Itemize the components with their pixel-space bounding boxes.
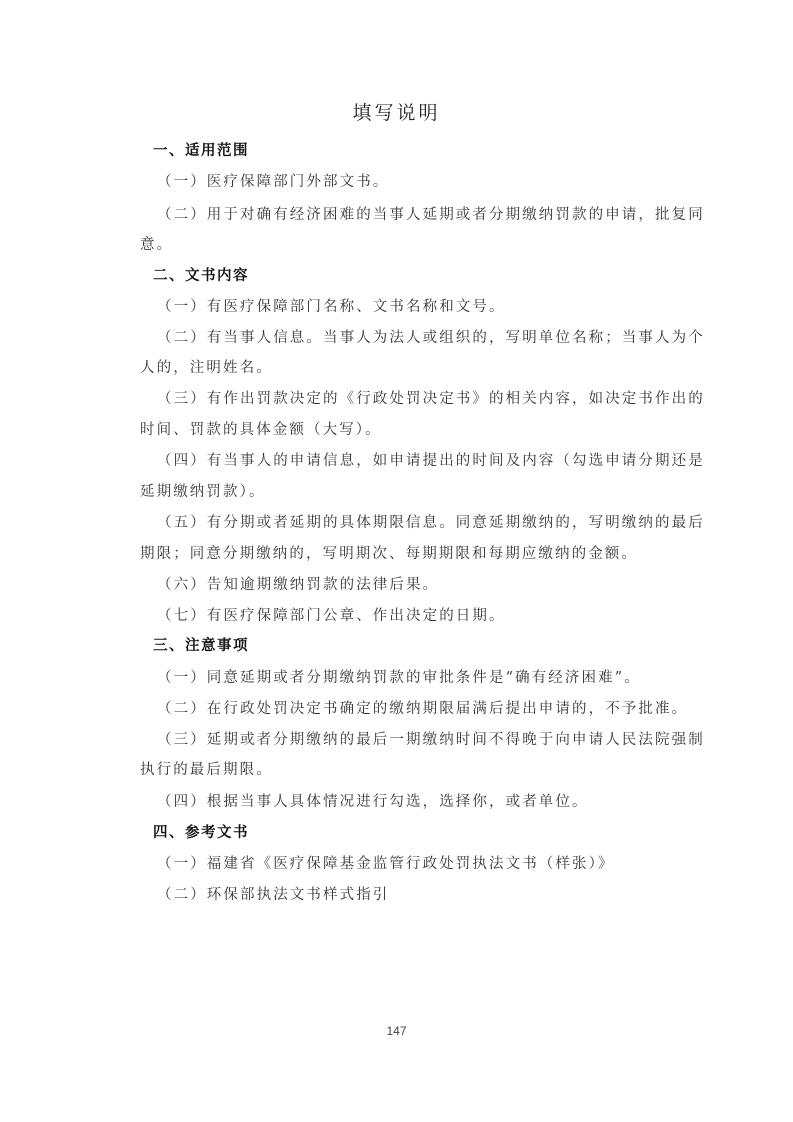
paragraph-line: （二）环保部执法文书样式指引 xyxy=(157,883,389,904)
paragraph-line: （一）医疗保障部门外部文书。 xyxy=(157,170,389,191)
paragraph-line: （二）有当事人信息。当事人为法人或组织的，写明单位名称；当事人为个 xyxy=(157,326,705,347)
paragraph-line: （一）福建省《医疗保障基金监管行政处罚执法文书（样张）》 xyxy=(157,852,615,873)
paragraph-line: （一）同意延期或者分期缴纳罚款的审批条件是“确有经济困难”。 xyxy=(157,666,641,687)
paragraph-line: 人的，注明姓名。 xyxy=(140,356,273,377)
paragraph-line: （四）根据当事人具体情况进行勾选，选择你，或者单位。 xyxy=(157,790,589,811)
paragraph-line: （五）有分期或者延期的具体期限信息。同意延期缴纳的，写明缴纳的最后 xyxy=(157,511,705,532)
document-page: 填写说明 一、适用范围 （一）医疗保障部门外部文书。 （二）用于对确有经济困难的… xyxy=(0,0,793,1122)
paragraph-line: 意。 xyxy=(140,233,173,254)
section-heading: 四、参考文书 xyxy=(153,821,249,842)
section-heading: 三、注意事项 xyxy=(153,634,249,655)
paragraph-line: （三）有作出罚款决定的《行政处罚决定书》的相关内容，如决定书作出的 xyxy=(157,387,705,408)
paragraph-line: （四）有当事人的申请信息，如申请提出的时间及内容（勾选申请分期还是 xyxy=(157,449,705,470)
page-title: 填写说明 xyxy=(0,98,793,125)
paragraph-line: （一）有医疗保障部门名称、文书名称和文号。 xyxy=(157,295,506,316)
paragraph-line: 时间、罚款的具体金额（大写）。 xyxy=(140,418,382,439)
section-heading: 二、文书内容 xyxy=(153,264,249,285)
paragraph-line: 期限；同意分期缴纳的，写明期次、每期期限和每期应缴纳的金额。 xyxy=(140,542,638,563)
paragraph-line: （二）用于对确有经济困难的当事人延期或者分期缴纳罚款的申请，批复同 xyxy=(157,203,705,224)
paragraph-line: （六）告知逾期缴纳罚款的法律后果。 xyxy=(157,573,439,594)
paragraph-line: （二）在行政处罚决定书确定的缴纳期限届满后提出申请的，不予批准。 xyxy=(157,697,688,718)
paragraph-line: 延期缴纳罚款）。 xyxy=(140,480,266,501)
section-heading: 一、适用范围 xyxy=(153,139,249,160)
paragraph-line: 执行的最后期限。 xyxy=(140,758,273,779)
page-number: 147 xyxy=(0,1024,793,1038)
paragraph-line: （七）有医疗保障部门公章、作出决定的日期。 xyxy=(157,604,506,625)
paragraph-line: （三）延期或者分期缴纳的最后一期缴纳时间不得晚于向申请人民法院强制 xyxy=(157,728,705,749)
